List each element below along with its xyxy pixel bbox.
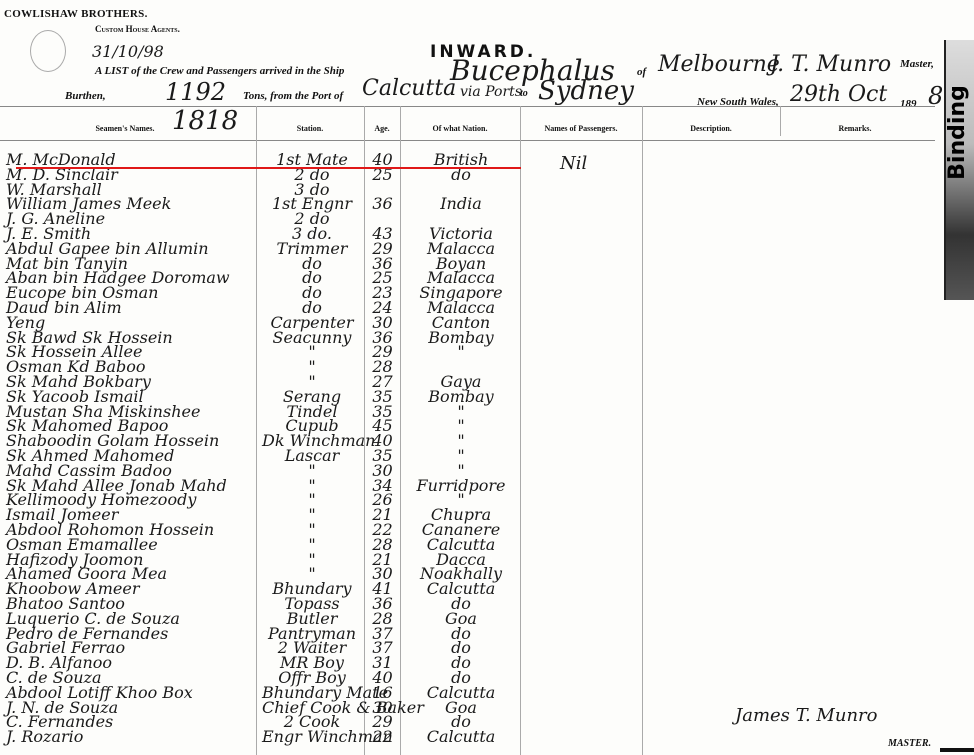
master-label: Master, [900,58,934,70]
column-header-passengers: Names of Passengers. [520,124,642,133]
from-port: Calcutta [362,76,456,101]
master-name: J. T. Munro [770,52,891,77]
arrival-date: 29th Oct [790,82,887,107]
column-header-nation: Of what Nation. [400,124,520,133]
crew-station: Engr Winchman [262,727,362,746]
table-header-rule [0,140,935,141]
received-date: 31/10/98 [92,42,164,61]
crew-name: J. Rozario [6,727,83,746]
passengers-entry: Nil [560,153,587,174]
column-header-age: Age. [364,124,400,133]
burthen-label: Burthen, [65,90,106,102]
ship-home-port: Melbourne [658,52,780,77]
column-divider [642,106,643,755]
of-label: of [637,66,646,78]
register-number: 1818 [172,106,238,136]
year-prefix: 189 [900,98,917,110]
binding-strip: Binding [944,40,974,300]
crew-age: 22 [365,727,400,746]
binding-label: Binding [945,85,970,180]
list-title: A LIST of the Crew and Passengers arrive… [95,65,344,77]
to-label: to [520,88,528,99]
customs-stamp-icon [30,30,66,72]
firm-subtitle: Custom House Agents. [95,24,180,34]
column-header-remarks: Remarks. [780,124,930,133]
via-text: via Ports [460,84,522,100]
tonnage: 1192 [165,78,226,106]
crew-nation: Calcutta [402,727,520,746]
column-header-description: Description. [642,124,780,133]
table-top-rule [0,106,935,107]
column-divider [520,106,521,755]
highlight-underline [16,167,521,169]
master-footer-label: MASTER. [888,738,931,749]
tons-label: Tons, from the Port of [243,90,343,102]
master-signature: James T. Munro [735,705,878,726]
firm-name: COWLISHAW BROTHERS. [4,8,148,20]
column-header-station: Station. [256,124,364,133]
table-row: J. RozarioEngr Winchman22Calcutta [0,727,520,746]
column-header-names: Seamen's Names. [70,124,180,133]
destination-port: Sydney [538,76,634,106]
footer-rule [940,748,974,752]
